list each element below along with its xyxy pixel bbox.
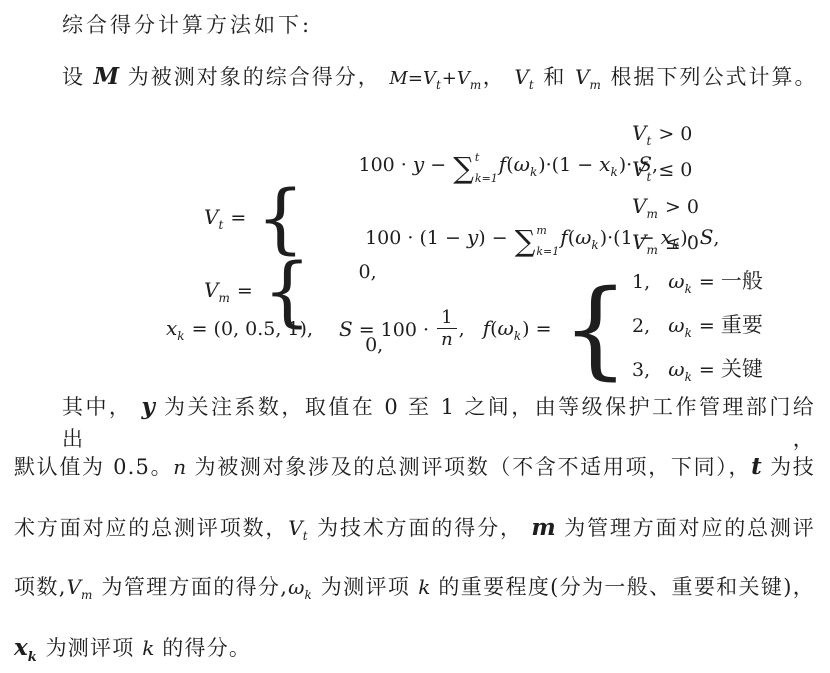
vt-sum: ∑tk=1 — [453, 152, 498, 184]
fwk-case-critical: 3, ωk = 关键 — [632, 355, 763, 391]
vt-condition-nonpositive: Vt ≤ 0 — [632, 153, 692, 193]
vm-sum-upper: m — [536, 225, 559, 236]
vt-sum-limits: tk=1 — [475, 152, 498, 184]
formula-xk: xk = (0, 0.5, 1), S = 100 · 1 n , f(ωk) … — [166, 267, 763, 391]
sigma-symbol: ∑ — [515, 227, 536, 255]
vt-row1-pre: 100 · y − — [359, 156, 453, 175]
vm-sum-lower: k=1 — [536, 246, 559, 257]
paragraph-line-2: 默认值为 0.5。n 为被测对象涉及的总测评项数（不含不适用项，下同），t 为技 — [14, 452, 815, 484]
paragraph-line-1: 其中， y 为关注系数，取值在 0 至 1 之间，由等级保护工作管理部门给出， — [14, 392, 815, 456]
paragraph-line-5: xk 为测评项 k 的得分。 — [14, 633, 815, 673]
intro-line-2: 设 M 为被测对象的综合得分， M=Vt+Vm， Vt 和 Vm 根据下列公式计… — [62, 61, 817, 101]
fraction-1-over-n: 1 n — [437, 308, 457, 350]
s-definition: S = 100 · — [339, 317, 435, 341]
intro-line-1: 综合得分计算方法如下: — [62, 10, 312, 40]
vm-condition-nonpositive: Vm ≤ 0 — [632, 226, 699, 266]
sigma-symbol: ∑ — [453, 154, 474, 182]
fwk-cases: 1, ωk = 一般 2, ωk = 重要 3, ωk = 关键 — [632, 267, 763, 391]
s-definition-comma: , — [459, 318, 465, 340]
paragraph-line-3: 术方面对应的总测评项数，Vt 为技术方面的得分， m 为管理方面对应的总测评 — [14, 513, 815, 551]
fwk-brace: { — [562, 286, 629, 373]
fwk-lhs: f(ωk) = — [483, 316, 558, 343]
vm-sum: ∑mk=1 — [515, 225, 560, 257]
vt-condition-positive: Vt > 0 — [632, 117, 692, 157]
vm-sum-limits: mk=1 — [536, 225, 559, 257]
fraction-denominator: n — [437, 328, 457, 350]
fwk-case-general: 1, ωk = 一般 — [632, 267, 763, 303]
vm-condition-positive: Vm > 0 — [632, 190, 699, 230]
document-page: 综合得分计算方法如下: 设 M 为被测对象的综合得分， M=Vt+Vm， Vt … — [0, 0, 830, 673]
vm-row1-pre: 100 · (1 − y) − — [365, 229, 514, 248]
vt-sum-lower: k=1 — [475, 173, 498, 184]
fwk-case-important: 2, ωk = 重要 — [632, 311, 763, 347]
xk-definition: xk = (0, 0.5, 1), — [166, 316, 313, 343]
paragraph-line-4: 项数,Vm 为管理方面的得分,ωk 为测评项 k 的重要程度(分为一般、重要和关… — [14, 572, 815, 610]
vt-sum-upper: t — [475, 152, 498, 163]
fraction-numerator: 1 — [441, 308, 452, 328]
